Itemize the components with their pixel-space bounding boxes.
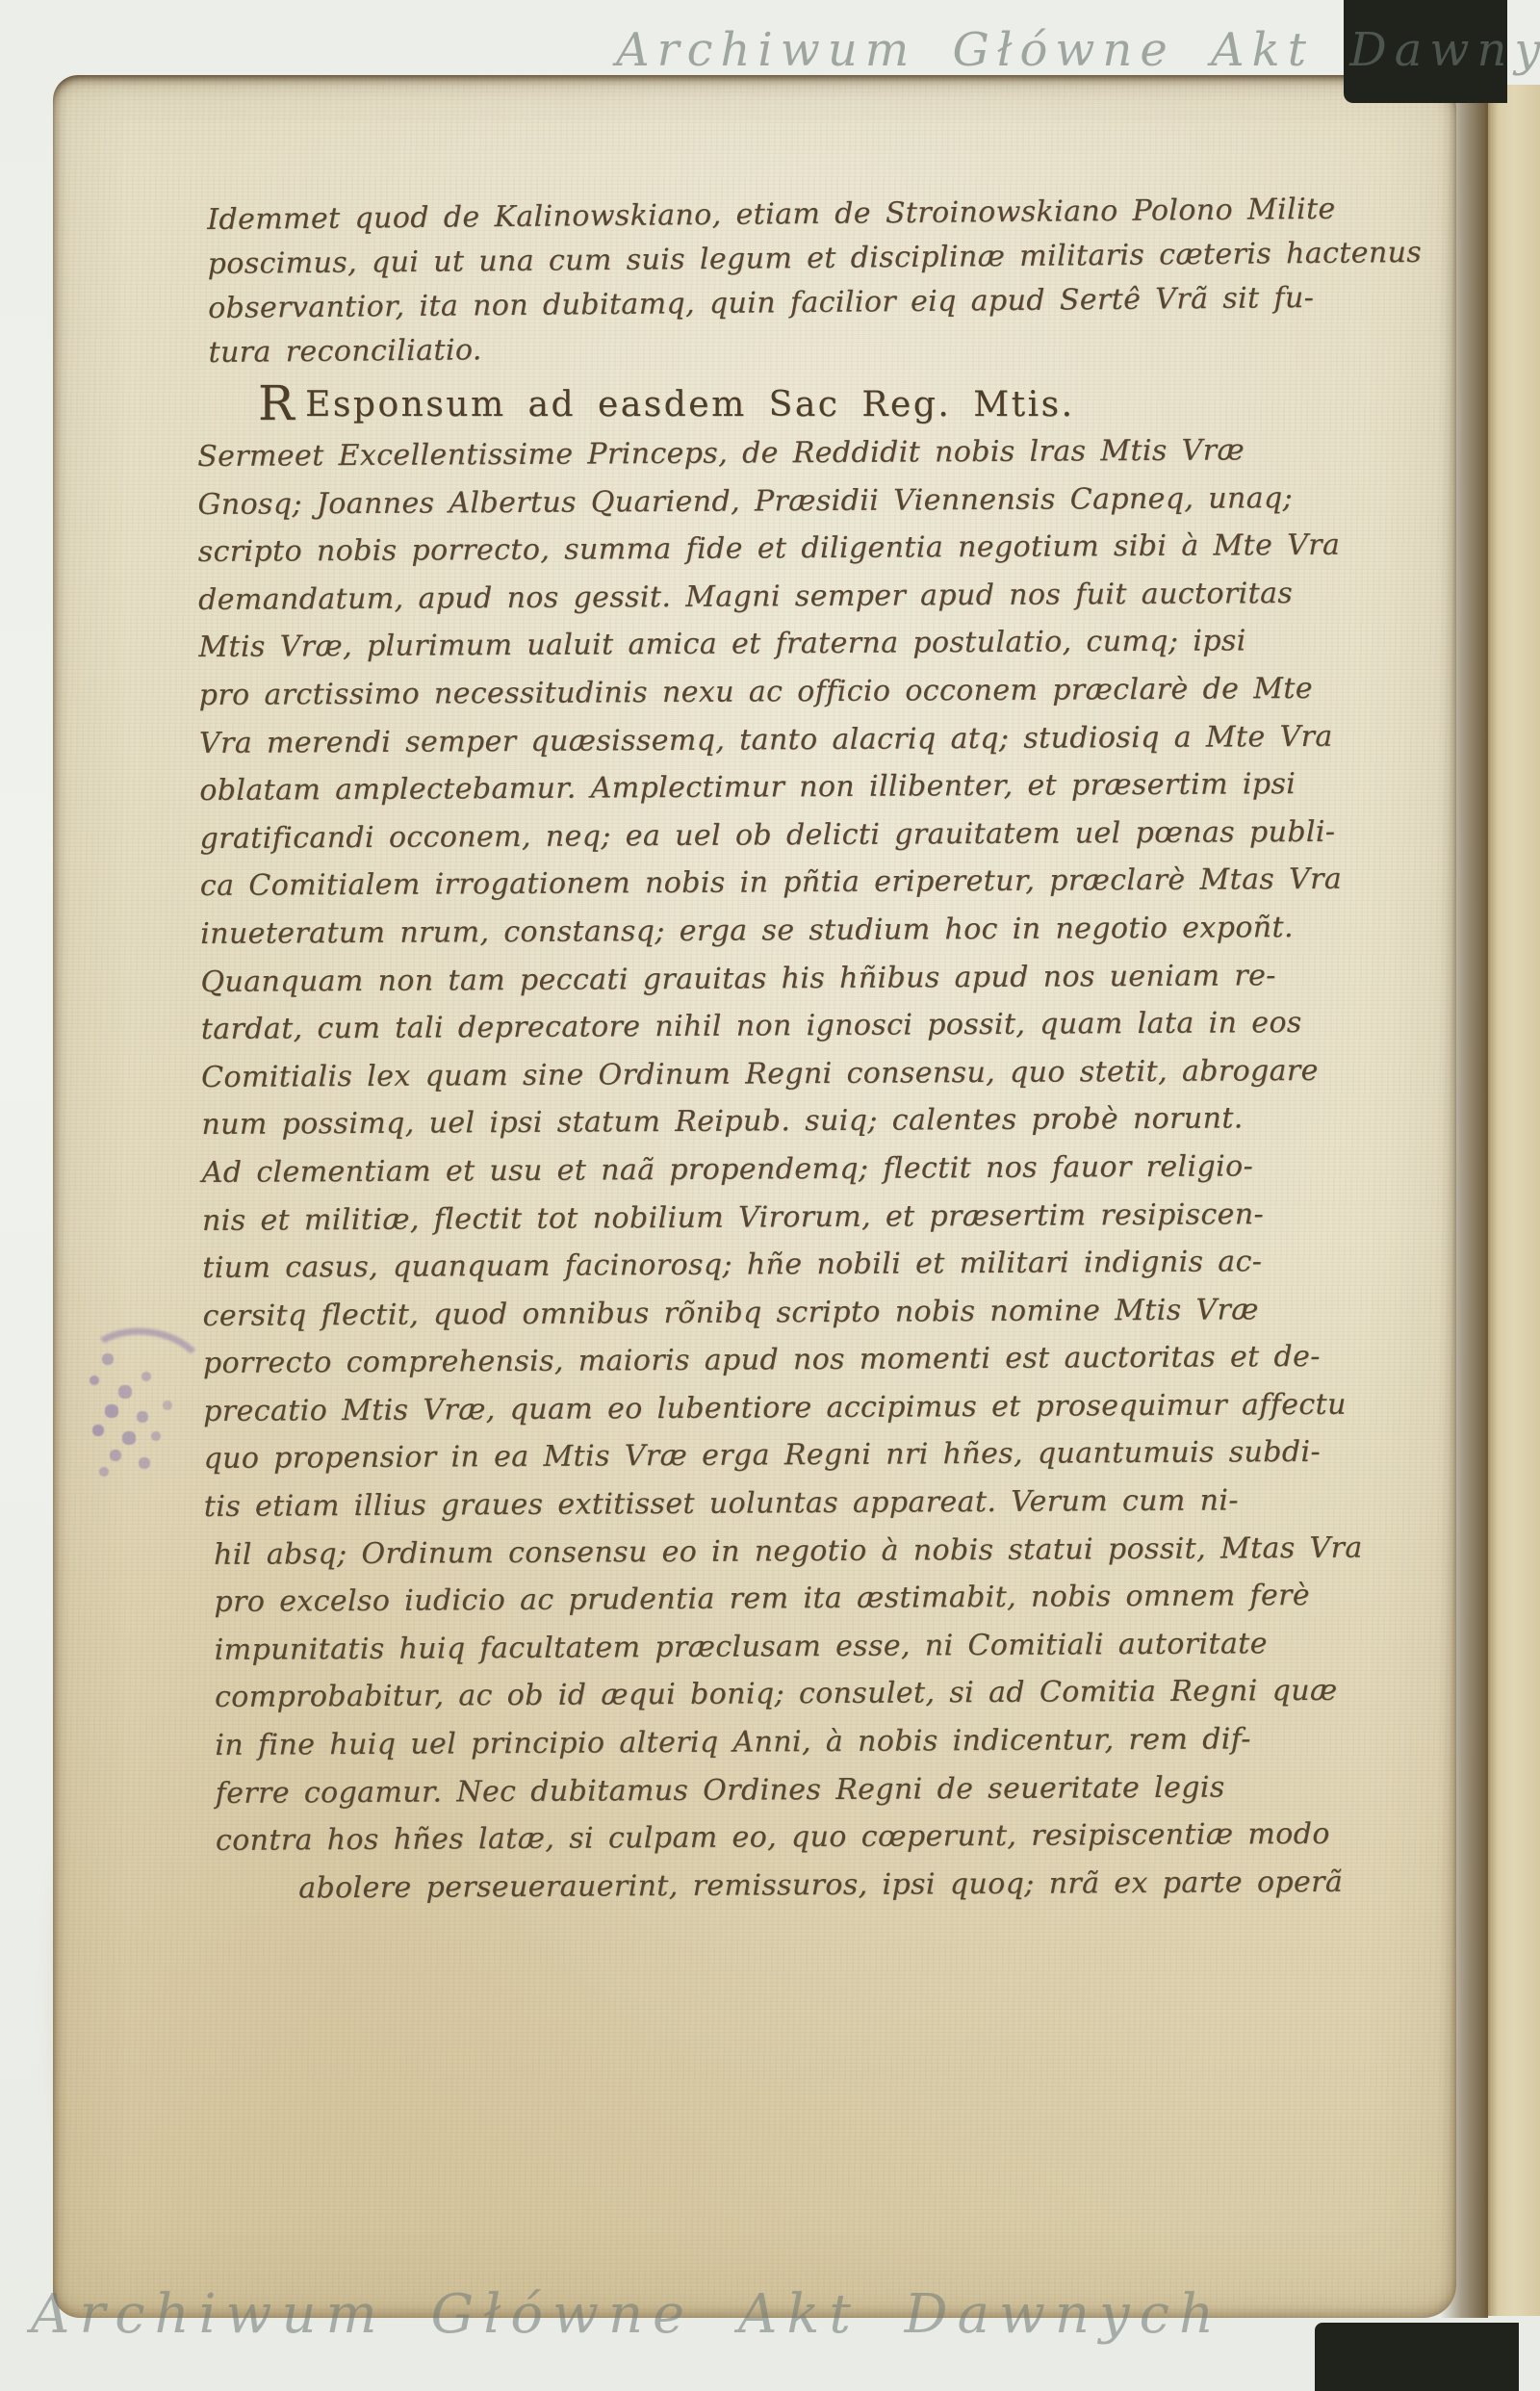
heading-initial: R <box>258 375 296 431</box>
intro-paragraph: Idemmet quod de Kalinowskiano, etiam de … <box>207 187 1423 375</box>
scanned-manuscript: NUM G Idemmet quod de Kalinowskiano, eti… <box>0 0 1540 2391</box>
manuscript-line: pro arctissimo necessitudinis nexu ac of… <box>199 665 1358 720</box>
manuscript-line: tis etiam illius graues extitisset uolun… <box>204 1477 1363 1531</box>
manuscript-line: ca Comitialem irrogationem nobis in pñti… <box>200 856 1359 911</box>
manuscript-line: porrecto comprehensis, maioris apud nos … <box>203 1333 1362 1388</box>
manuscript-line: ferre cogamur. Nec dubitamus Ordines Reg… <box>215 1762 1364 1817</box>
book-cover-strip-top <box>1344 0 1507 103</box>
heading-text: Esponsum ad easdem Sac Reg. Mtis. <box>305 385 1074 424</box>
manuscript-line: Mtis Vræ, plurimum ualuit amica et frate… <box>198 617 1357 672</box>
manuscript-line: inueteratum nrum, constansq; erga se stu… <box>200 904 1359 959</box>
manuscript-line: oblatam amplectebamur. Amplectimur non i… <box>199 760 1358 815</box>
manuscript-line: cersitq flectit, quod omnibus rõnibq scr… <box>202 1285 1361 1340</box>
manuscript-line: nis et militiæ, flectit tot nobilium Vir… <box>202 1190 1361 1245</box>
manuscript-line: contra hos hñes latæ, si culpam eo, quo … <box>216 1811 1365 1865</box>
paper-specks <box>0 0 3 3</box>
manuscript-line: Ad clementiam et usu et naã propendemq; … <box>202 1143 1361 1197</box>
manuscript-line: gratificandi occonem, neq; ea uel ob del… <box>199 808 1358 862</box>
manuscript-line: precatio Mtis Vræ, quam eo lubentiore ac… <box>203 1381 1362 1436</box>
manuscript-line: num possimq, uel ipsi statum Reipub. sui… <box>201 1094 1360 1149</box>
manuscript-line: comprobabitur, ac ob id æqui boniq; cons… <box>215 1667 1364 1722</box>
manuscript-line: Gnosq; Joannes Albertus Quariend, Præsid… <box>197 474 1356 528</box>
manuscript-line: Quanquam non tam peccati grauitas his hñ… <box>200 951 1359 1006</box>
manuscript-line: Comitialis lex quam sine Ordinum Regni c… <box>201 1046 1360 1101</box>
manuscript-line: Sermeet Excellentissime Princeps, de Red… <box>197 426 1356 481</box>
manuscript-line: tardat, cum tali deprecatore nihil non i… <box>201 999 1360 1054</box>
manuscript-line: scripto nobis porrecto, summa fide et di… <box>198 522 1357 577</box>
manuscript-line: abolere perseuerauerint, remissuros, ips… <box>298 1858 1365 1912</box>
facing-page-edge <box>1485 85 1540 2316</box>
book-cover-strip-bottom <box>1315 2323 1519 2391</box>
manuscript-line: quo propensior in ea Mtis Vræ erga Regni… <box>203 1428 1362 1483</box>
response-paragraph: Sermeet Excellentissime Princeps, de Red… <box>197 426 1365 1914</box>
manuscript-line: hil absq; Ordinum consensu eo in negotio… <box>214 1524 1363 1579</box>
manuscript-line: demandatum, apud nos gessit. Magni sempe… <box>198 569 1357 624</box>
manuscript-line: in fine huiq uel principio alteriq Anni,… <box>215 1715 1364 1770</box>
manuscript-line: pro excelso iudicio ac prudentia rem ita… <box>214 1572 1363 1627</box>
manuscript-line: impunitatis huiq facultatem præclusam es… <box>215 1619 1364 1674</box>
manuscript-line: tium casus, quanquam facinorosq; hñe nob… <box>202 1238 1361 1293</box>
manuscript-line: Vra merendi semper quæsissemq, tanto ala… <box>199 712 1358 767</box>
section-heading: REsponsum ad easdem Sac Reg. Mtis. <box>258 375 1075 431</box>
